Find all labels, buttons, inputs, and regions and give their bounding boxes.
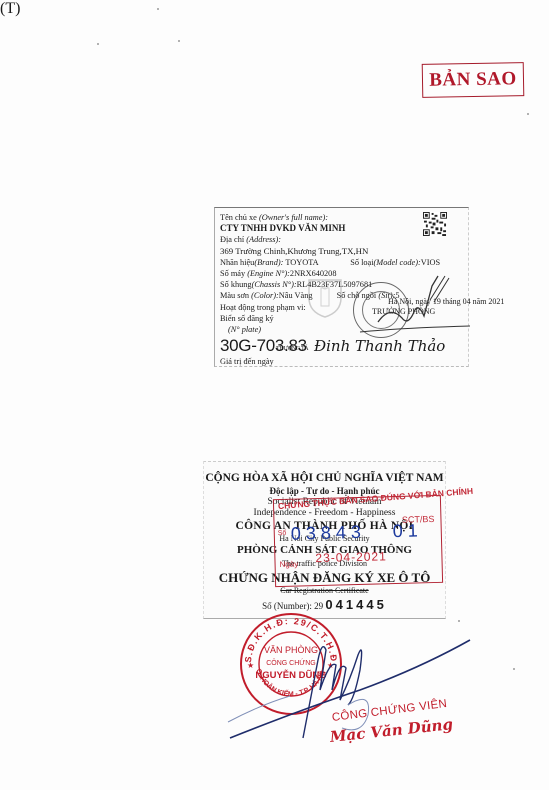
owner-label-en: (Owner's full name): xyxy=(259,213,328,222)
address-value: 369 Trường Chinh,Khương Trung,TX,HN xyxy=(220,246,464,257)
place-date: Hà Nội, ngày 19 tháng 04 năm 2021 xyxy=(388,297,504,306)
notary-seal-line2: CÔNG CHỨNG xyxy=(266,658,316,667)
notary-seal: S.Đ.K.H.Đ: 29/C.T.H.Đ Q. HOÀN KIẾM - T.P… xyxy=(239,612,343,716)
address-label-row: Địa chỉ (Address): xyxy=(220,234,464,245)
brand-value: TOYOTA xyxy=(285,258,318,267)
document-title-en: Car Registration Certificate xyxy=(204,586,445,595)
notary-seal-ring-text: S.Đ.K.H.Đ: 29/C.T.H.Đ xyxy=(243,616,339,663)
certification-no-label: Số xyxy=(278,530,287,537)
address-label-en: (Address): xyxy=(246,235,281,244)
model-label: Số loại xyxy=(350,258,373,267)
certification-book-number: 01 xyxy=(392,520,423,542)
certificate-number-prefix: 29 xyxy=(314,601,323,611)
color-label-en: (Color): xyxy=(251,291,279,300)
qr-code-icon xyxy=(423,212,447,236)
svg-text:★: ★ xyxy=(327,661,334,670)
plate-marker: (T) xyxy=(0,0,549,18)
svg-text:S.Đ.K.H.Đ: 29/C.T.H.Đ: S.Đ.K.H.Đ: 29/C.T.H.Đ xyxy=(243,616,339,663)
engine-label: Số máy xyxy=(220,269,245,278)
model-value: VIOS xyxy=(421,258,440,267)
scan-speck xyxy=(458,620,460,622)
copy-stamp: BẢN SAO xyxy=(422,62,525,98)
color-label: Màu sơn xyxy=(220,291,249,300)
certification-date: 23-04-2021 xyxy=(315,549,387,565)
brand-label-en: (Brand): xyxy=(254,258,283,267)
certificate-number-row: Số (Number): 29 041445 xyxy=(204,597,445,612)
scan-speck xyxy=(97,43,99,45)
scan-speck xyxy=(513,668,515,670)
model-label-en: (Model code): xyxy=(374,258,421,267)
owner-label: Tên chủ xe xyxy=(220,213,257,222)
country-name: CỘNG HÒA XÃ HỘI CHỦ NGHĨA VIỆT NAM xyxy=(204,472,445,484)
plate-label-en: (N° plate) xyxy=(220,324,464,335)
certification-number: 03843 xyxy=(291,522,367,545)
engine-label-en: (Engine N°): xyxy=(247,269,290,278)
signer-name: Đinh Thanh Thảo xyxy=(314,337,445,355)
notary-seal-line1: VĂN PHÒNG xyxy=(264,645,318,655)
notary-seal-line3: NGUYỄN DŨNG xyxy=(255,669,326,681)
certificate-number: 041445 xyxy=(325,597,386,612)
scan-speck xyxy=(527,113,529,115)
brand-label: Nhãn hiệu xyxy=(220,258,254,267)
plate-label-en-text: (N° plate) xyxy=(228,325,261,334)
signer-title: TRƯỞNG PHÒNG xyxy=(372,307,435,316)
scan-speck xyxy=(178,40,180,42)
signer-rank: THƯỢNG TÁ xyxy=(276,346,308,352)
scan-speck xyxy=(157,8,159,10)
address-label: Địa chỉ xyxy=(220,235,244,244)
certification-date-label: Ngày xyxy=(279,560,298,569)
certificate-number-label: Số (Number): xyxy=(262,601,312,611)
police-emblem-watermark xyxy=(305,276,345,318)
svg-text:★: ★ xyxy=(247,661,254,670)
certification-stamp: CHỨNG THỰC BẢN SAO ĐÚNG VỚI BẢN CHÍNH SC… xyxy=(273,495,443,587)
brand-row: Nhãn hiệu(Brand): TOYOTA Số loại(Model c… xyxy=(220,257,464,268)
chassis-label-en: (Chassis N°): xyxy=(252,280,297,289)
chassis-label: Số khung xyxy=(220,280,252,289)
expiry-label: Giá trị đến ngày xyxy=(220,356,464,367)
